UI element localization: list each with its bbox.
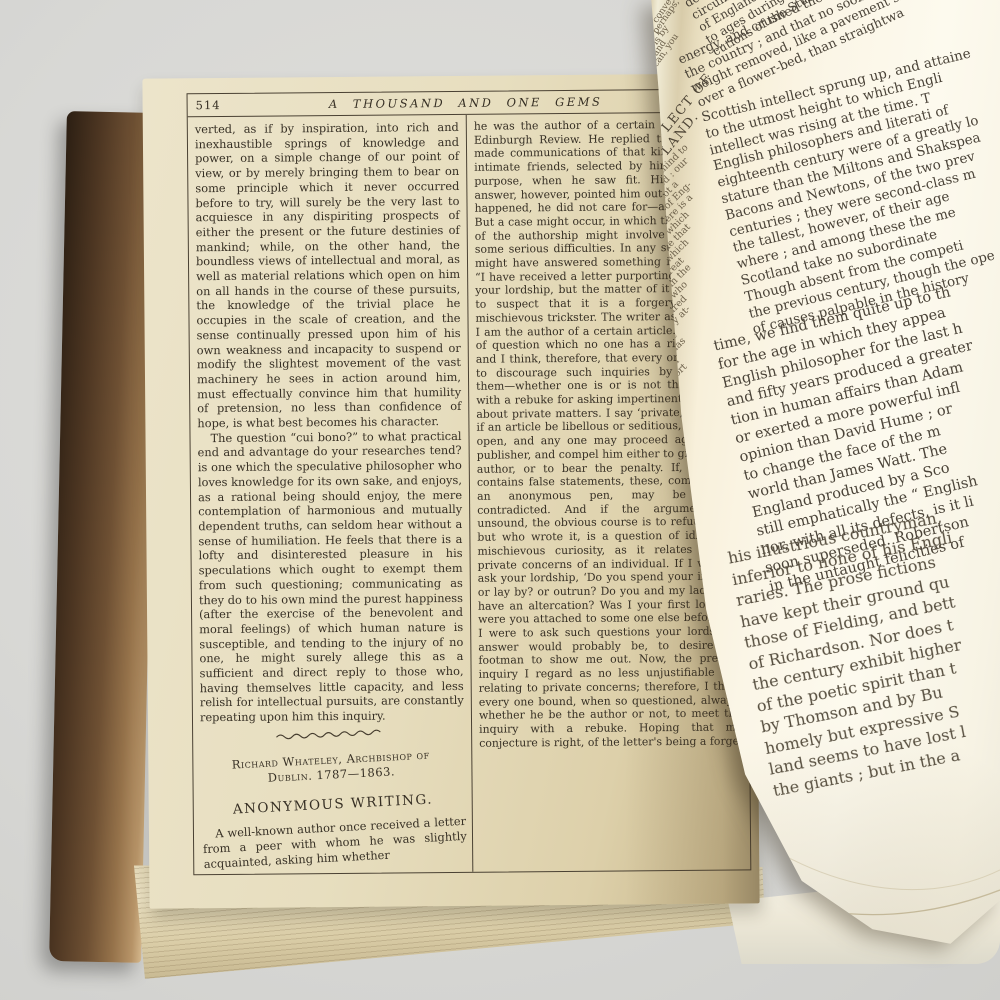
text-fragment: there is a bbox=[656, 174, 714, 232]
running-head-fragment: LECT OF bbox=[660, 71, 716, 135]
text-line: Bacons and Newtons, of the two prev bbox=[724, 144, 997, 225]
text-line: land seems to have lost l bbox=[767, 716, 991, 780]
turning-page-surface: conveyperhaps,is byandcan, you LECT OFLA… bbox=[646, 0, 1000, 968]
text-fragment: tion bbox=[651, 370, 709, 428]
text-line: the century exhibit higher bbox=[751, 632, 975, 696]
text-fragment: thinking bbox=[646, 608, 703, 666]
text-line: time, we find them quite up to th bbox=[712, 281, 962, 356]
text-line: over a flower-bed, than straightwa bbox=[695, 0, 938, 111]
text-fragment: can, you bbox=[652, 28, 685, 69]
text-line: in the untaught felicities of bbox=[768, 522, 1000, 597]
text-line: his illustrious countryman, bbox=[726, 505, 950, 569]
text-fragment: ive. bbox=[650, 384, 708, 442]
text-line: cutions of the Stuarts bbox=[710, 0, 831, 59]
text-fragment: is by bbox=[652, 6, 685, 47]
text-line: where ; and among these the me bbox=[735, 193, 1000, 274]
text-fragment: understand bbox=[646, 622, 702, 680]
text-line: to ages during wh bbox=[703, 0, 824, 46]
text-line: nor, with all its defects, is it li bbox=[759, 485, 1000, 560]
text-line: to change the face of the m bbox=[742, 411, 992, 486]
text-fragment: at as he bbox=[649, 440, 707, 498]
text-fragment: activit- bbox=[646, 650, 702, 708]
text-fragment: —great bbox=[654, 230, 712, 288]
text-line: Scotland take no subordinate bbox=[739, 209, 1000, 290]
text-line: of causes palpable in the history bbox=[751, 258, 1000, 339]
text-fragment: pts in the bbox=[654, 244, 712, 302]
text-line: to the utmost height to which Engli bbox=[704, 62, 977, 143]
text-fragment: in the bbox=[647, 496, 705, 554]
text-fragment: to the bbox=[653, 300, 711, 358]
text-fragment: ed : our bbox=[657, 132, 715, 190]
text-fragment: shall bbox=[650, 412, 708, 470]
curled-lines-top: developmcircumstanof England—ato ages du… bbox=[682, 0, 831, 59]
text-fragment: land has bbox=[652, 314, 710, 372]
text-line: inferior to none of his Engli bbox=[730, 526, 954, 590]
text-line: have kept their ground qu bbox=[738, 569, 962, 633]
text-line: stature than the Miltons and Shakspea bbox=[720, 127, 993, 208]
text-line: for the age in which they appea bbox=[716, 300, 966, 375]
text-fragment: ns and bbox=[652, 328, 710, 386]
text-line: of the poetic spirit than t bbox=[755, 653, 979, 717]
text-line: circumstan bbox=[689, 0, 810, 22]
paragraph-continuation: verted, as if by inspiration, into rich … bbox=[195, 120, 462, 431]
running-head-fragment: LAND. bbox=[659, 94, 715, 158]
text-line: England produced by a Sco bbox=[750, 448, 1000, 523]
text-line: soon superseded. Robertson bbox=[763, 503, 1000, 578]
text-fragment: He at bbox=[648, 468, 706, 526]
text-fragment: ther any bbox=[646, 580, 704, 638]
text-line: intellect was rising at the time. T bbox=[708, 78, 981, 159]
text-fragment: the fashion bbox=[646, 636, 702, 694]
text-line: still emphatically the “ English bbox=[755, 466, 1000, 541]
text-fragment: to excite. bbox=[647, 510, 705, 568]
right-running-head-fragment: LECT OFLAND. bbox=[651, 95, 724, 133]
text-line: the country ; and that no soone bbox=[682, 0, 925, 82]
text-line: the giants ; but in the a bbox=[771, 737, 995, 801]
text-fragment: as Milton, bbox=[647, 524, 705, 582]
text-fragment: fall short bbox=[651, 342, 709, 400]
book-photo-scene: 514 A THOUSAND AND ONE GEMS verted, as i… bbox=[0, 0, 1000, 1000]
text-fragment: ng him bbox=[648, 454, 706, 512]
text-fragment: powers of bbox=[646, 594, 703, 652]
text-fragment: ogeni- bbox=[649, 426, 707, 484]
curled-lines-middle: time, we find them quite up to thfor the… bbox=[712, 281, 1000, 597]
text-fragment: ng ; and bbox=[648, 482, 706, 540]
text-line: and fifty years produced a greater bbox=[725, 337, 975, 412]
text-line: developm bbox=[682, 0, 803, 10]
text-line: by Thomson and by Bu bbox=[759, 674, 983, 738]
section-heading: ANONYMOUS WRITING. bbox=[201, 790, 465, 818]
text-fragment: ously bbox=[650, 398, 708, 456]
text-line: weight removed, like a pavement slab li bbox=[689, 0, 932, 96]
text-fragment: convey bbox=[652, 0, 685, 25]
text-line: eighteenth century were of a greatly lo bbox=[716, 111, 989, 192]
text-fragment: in which bbox=[655, 188, 713, 246]
paragraph: A well-known author once received a lett… bbox=[202, 814, 468, 871]
left-column: verted, as if by inspiration, into rich … bbox=[188, 115, 473, 874]
text-line: world than James Watt. The bbox=[746, 429, 996, 504]
text-line: those of Fielding, and bett bbox=[742, 590, 966, 654]
text-fragment: k of Eng- bbox=[656, 160, 714, 218]
text-line: English philosopher for the last h bbox=[721, 318, 971, 393]
text-fragment: to which bbox=[655, 216, 713, 274]
text-fragment: Like that bbox=[655, 202, 713, 260]
text-line: energy, and crushed the o bbox=[676, 0, 919, 68]
text-fragment: perhaps, bbox=[652, 0, 685, 36]
text-line: Scottish intellect sprung up, and attain… bbox=[700, 46, 973, 127]
text-line: opinion than David Hume ; or bbox=[738, 392, 988, 467]
lower-section: Richard Whateley, Archbishop of Dublin. … bbox=[197, 721, 468, 872]
squiggle-divider bbox=[197, 721, 461, 749]
page-curl-crease bbox=[646, 770, 1000, 968]
text-line: the previous century, though the ope bbox=[747, 242, 1000, 323]
text-fragment: Of bbox=[651, 356, 709, 414]
text-fragment: hundred bbox=[653, 272, 711, 330]
text-fragment: a Scotch. bbox=[646, 552, 704, 610]
text-line: of Richardson. Nor does t bbox=[747, 611, 971, 675]
book-cover-spine bbox=[49, 111, 159, 963]
text-line: of England—a bbox=[696, 0, 817, 34]
text-line: the tallest, however, of their age bbox=[731, 176, 1000, 257]
text-line: raries. The prose fictions bbox=[734, 548, 958, 612]
curled-lines-upper: Scottish intellect sprung up, and attain… bbox=[700, 46, 1000, 339]
text-fragment: mind to bbox=[657, 118, 715, 176]
page-number: 514 bbox=[196, 98, 221, 112]
gutter-fragments: mind toed : ournot ak of Eng-there is ai… bbox=[646, 141, 723, 699]
text-fragment: and though bbox=[646, 538, 704, 596]
gutter-fold: LECT OFLAND. mind toed : ournot ak of En… bbox=[646, 85, 724, 703]
spine-corner-fragments: conveyperhaps,is byandcan, you bbox=[646, 0, 690, 55]
text-line: or exerted a more powerful infl bbox=[733, 374, 983, 449]
text-fragment: and bbox=[652, 17, 685, 58]
text-line: tion in human affairs than Adam bbox=[729, 355, 979, 430]
text-fragment: as in the bbox=[646, 664, 701, 722]
text-line: English philosophers and literati of bbox=[712, 95, 985, 176]
text-fragment: not a bbox=[657, 146, 715, 204]
text-line: centuries ; they were second-class m bbox=[727, 160, 1000, 241]
text-line: Though absent from the competi bbox=[743, 225, 1000, 306]
turning-page: conveyperhaps,is byandcan, you LECT OFLA… bbox=[646, 0, 1000, 968]
text-fragment: —they at- bbox=[653, 286, 711, 344]
text-fragment: or “ who bbox=[654, 258, 712, 316]
author-attribution: Richard Whateley, Archbishop of Dublin. … bbox=[198, 745, 463, 788]
paragraph: The question “cui bono?” to what practic… bbox=[197, 429, 464, 725]
text-line: homely but expressive S bbox=[763, 695, 987, 759]
curled-lines-lower: his illustrious countryman,inferior to n… bbox=[726, 505, 995, 801]
curled-lines-top2: energy, and crushed the othe country ; a… bbox=[676, 0, 938, 111]
text-fragment: Scotch Sir bbox=[646, 566, 704, 624]
